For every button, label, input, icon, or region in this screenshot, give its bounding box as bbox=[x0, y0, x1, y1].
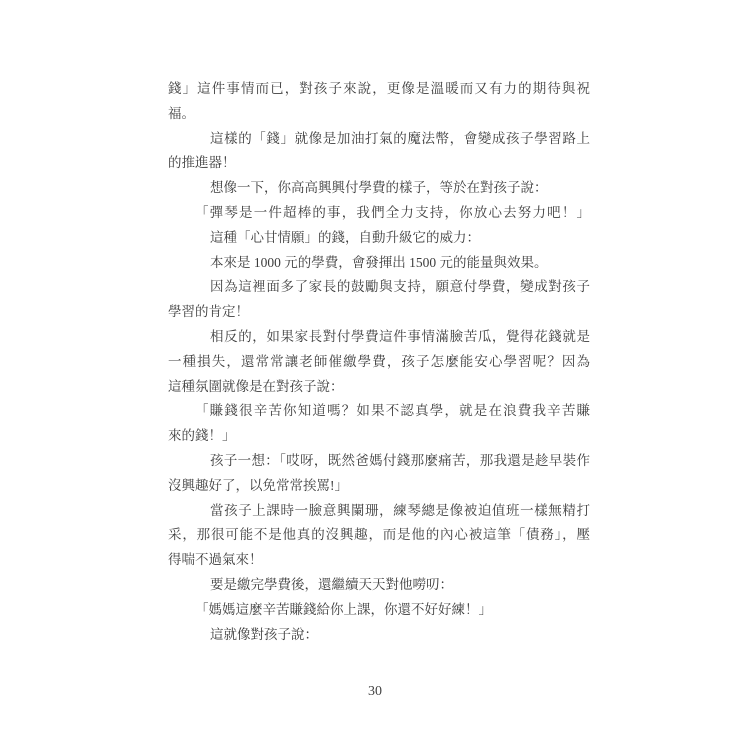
text-line: 學習的肯定！ bbox=[168, 300, 590, 325]
text-line: 得喘不過氣來！ bbox=[168, 548, 590, 573]
text-line: 這種「心甘情願」的錢，自動升級它的威力： bbox=[168, 226, 590, 251]
text-line: 相反的，如果家長對付學費這件事情滿臉苦瓜，覺得花錢就是 bbox=[168, 325, 590, 350]
text-line: 當孩子上課時一臉意興闌珊，練琴總是像被迫值班一樣無精打 bbox=[168, 499, 590, 524]
body-text-block: 錢」這件事情而已，對孩子來說，更像是溫暖而又有力的期待與祝 福。 這樣的「錢」就… bbox=[168, 77, 590, 647]
text-line: 孩子一想：「哎呀，既然爸媽付錢那麼痛苦，那我還是趁早裝作 bbox=[168, 449, 590, 474]
text-line: 因為這裡面多了家長的鼓勵與支持，願意付學費，變成對孩子 bbox=[168, 275, 590, 300]
text-line: 采，那很可能不是他真的沒興趣，而是他的內心被這筆「債務」，壓 bbox=[168, 523, 590, 548]
text-line: 要是繳完學費後，還繼續天天對他嘮叨： bbox=[168, 573, 590, 598]
text-line: 這就像對孩子說： bbox=[168, 623, 590, 648]
text-line: 「媽媽這麼辛苦賺錢給你上課，你還不好好練！」 bbox=[168, 598, 590, 623]
text-line: 沒興趣好了，以免常常挨罵!」 bbox=[168, 474, 590, 499]
text-line: 這樣的「錢」就像是加油打氣的魔法幣，會變成孩子學習路上 bbox=[168, 127, 590, 152]
text-line: 的推進器！ bbox=[168, 151, 590, 176]
text-line: 福。 bbox=[168, 102, 590, 127]
text-line: 本來是 1000 元的學費，會發揮出 1500 元的能量與效果。 bbox=[168, 251, 590, 276]
text-line: 錢」這件事情而已，對孩子來說，更像是溫暖而又有力的期待與祝 bbox=[168, 77, 590, 102]
text-line: 來的錢！」 bbox=[168, 424, 590, 449]
text-line: 「賺錢很辛苦你知道嗎？如果不認真學，就是在浪費我辛苦賺 bbox=[168, 399, 590, 424]
book-page: 錢」這件事情而已，對孩子來說，更像是溫暖而又有力的期待與祝 福。 這樣的「錢」就… bbox=[0, 0, 750, 750]
page-number: 30 bbox=[0, 682, 750, 702]
text-line: 一種損失，還常常讓老師催繳學費，孩子怎麼能安心學習呢？因為 bbox=[168, 350, 590, 375]
text-line: 想像一下，你高高興興付學費的樣子，等於在對孩子說： bbox=[168, 176, 590, 201]
text-line: 「彈琴是一件超棒的事，我們全力支持，你放心去努力吧！」 bbox=[168, 201, 590, 226]
text-line: 這種氛圍就像是在對孩子說： bbox=[168, 375, 590, 400]
